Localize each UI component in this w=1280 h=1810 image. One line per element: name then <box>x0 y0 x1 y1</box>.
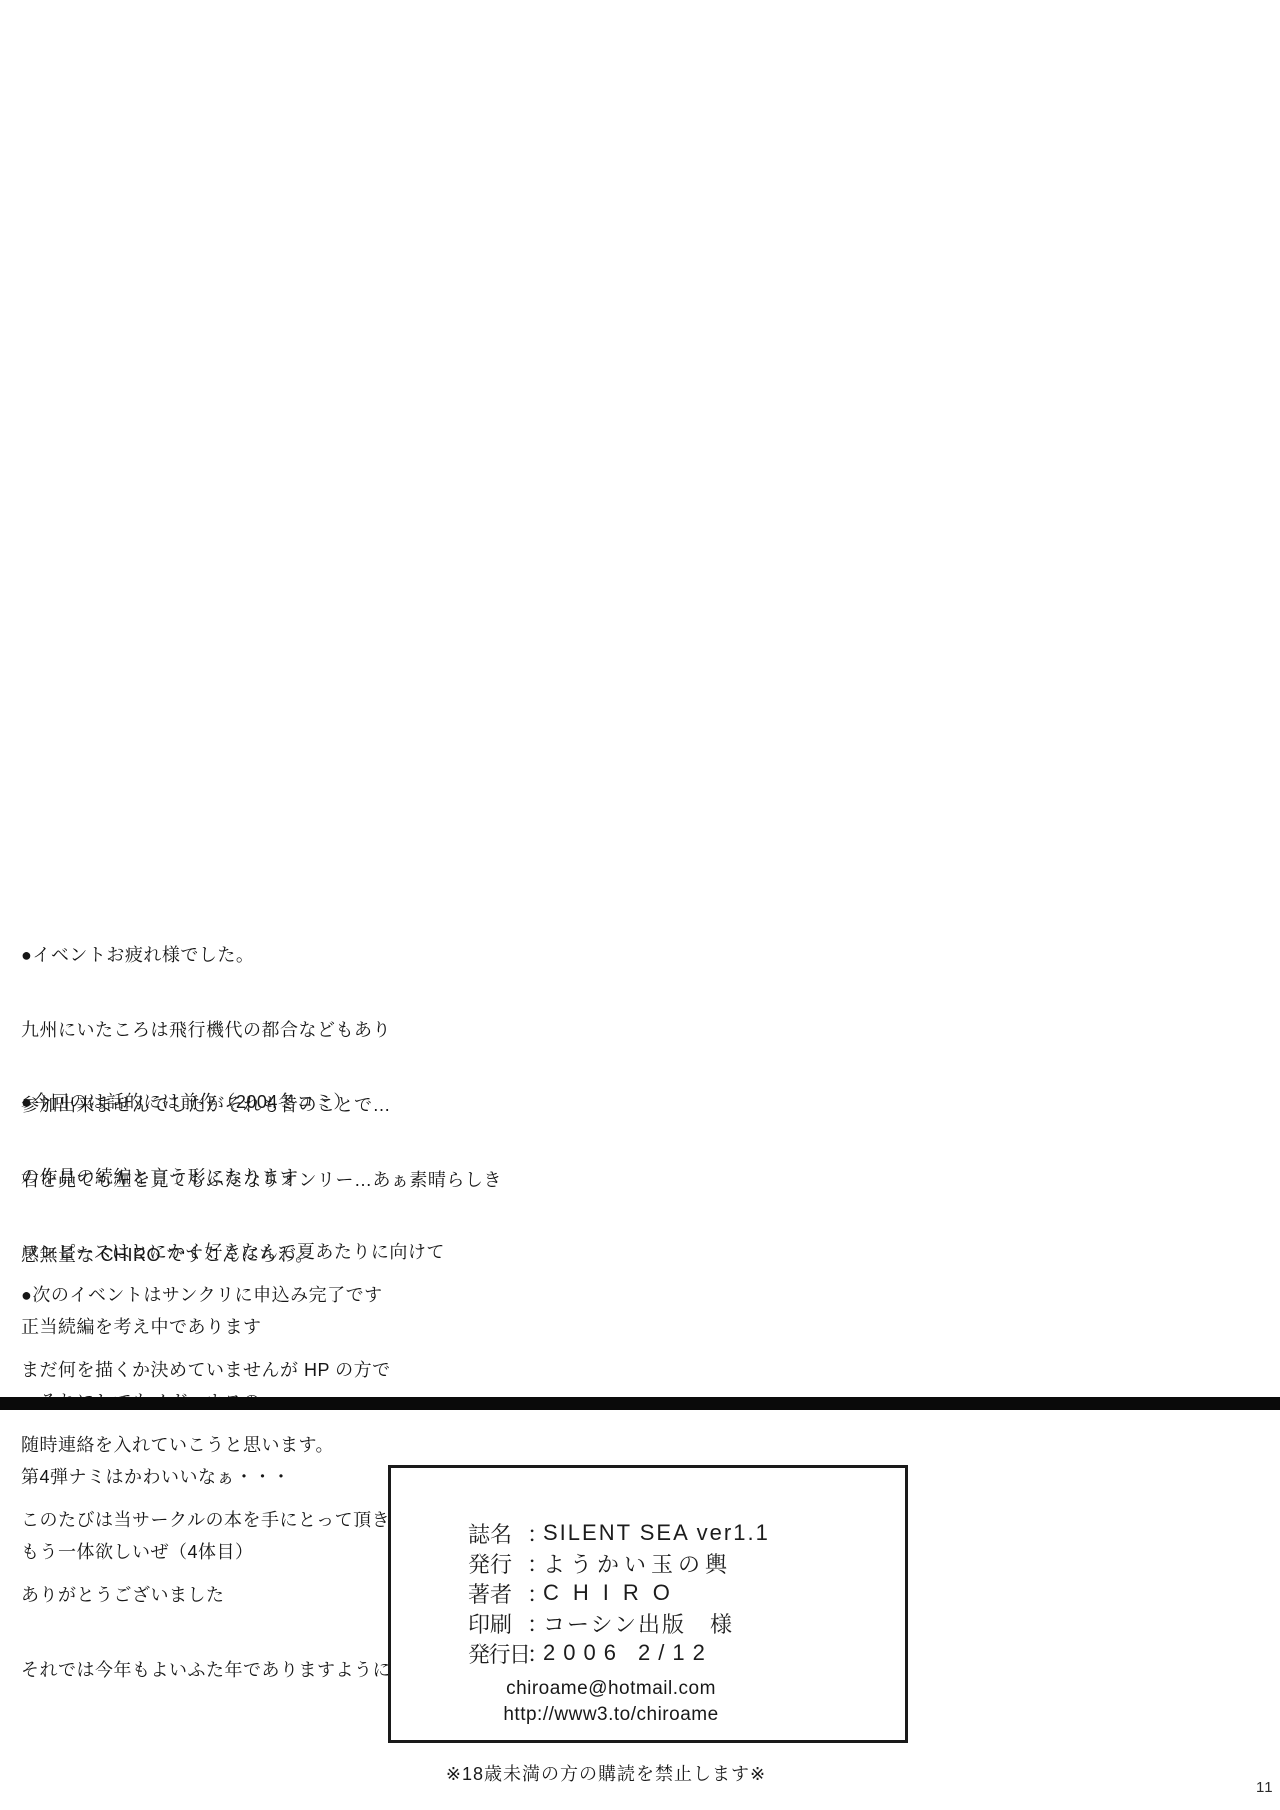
afterword-line: ●今回のは話的には前作（2004冬コミ） <box>21 1090 445 1115</box>
colophon-label: 発行日 <box>468 1638 527 1669</box>
colophon-label: 著者 <box>468 1578 527 1609</box>
colophon-row-date: 発行日 ： 2006 2/12 <box>391 1638 905 1668</box>
colophon-colon: ： <box>527 1578 543 1609</box>
contact-block: chiroame@hotmail.com http://www3.to/chir… <box>391 1676 831 1728</box>
colophon-label: 印刷 <box>468 1608 527 1639</box>
afterword-line: まだ何を描くか決めていませんが HP の方で <box>21 1358 391 1383</box>
colophon-value-date: 2006 2/12 <box>543 1640 713 1666</box>
colophon-colon: ： <box>527 1518 543 1549</box>
colophon-colon: ： <box>527 1608 543 1639</box>
scanned-doujinshi-page: ●イベントお疲れ様でした。 九州にいたころは飛行機代の都合などもあり 参加出来ま… <box>0 0 1280 1810</box>
colophon-row-publisher: 発行 ： ようかい玉の輿 <box>391 1548 905 1578</box>
colophon-label: 誌名 <box>468 1518 527 1549</box>
colophon-content: 誌名 ： SILENT SEA ver1.1 発行 ： ようかい玉の輿 著者 ：… <box>391 1468 905 1728</box>
colophon-value-author: CHIRO <box>543 1580 684 1606</box>
colophon-colon: ： <box>527 1638 543 1669</box>
afterword-line: 随時連絡を入れていこうと思います。 <box>21 1433 391 1458</box>
contact-email: chiroame@hotmail.com <box>391 1676 831 1702</box>
colophon-value-printer: コーシン出版 様 <box>543 1608 734 1639</box>
afterword-line: ありがとうございました <box>21 1583 391 1608</box>
colophon-colon: ： <box>527 1548 543 1579</box>
afterword-line: このたびは当サークルの本を手にとって頂き <box>21 1508 391 1533</box>
colophon-label: 発行 <box>468 1548 527 1579</box>
section-divider-bar <box>0 1397 1280 1410</box>
afterword-line: の作品の続編と言う形になります <box>21 1165 445 1190</box>
contact-url: http://www3.to/chiroame <box>391 1702 831 1728</box>
colophon-value-title: SILENT SEA ver1.1 <box>543 1520 770 1546</box>
colophon-row-title: 誌名 ： SILENT SEA ver1.1 <box>391 1518 905 1548</box>
afterword-block-3: ●次のイベントはサンクリに申込み完了です まだ何を描くか決めていませんが HP … <box>21 1233 391 1733</box>
afterword-line: ●イベントお疲れ様でした。 <box>21 943 502 968</box>
page-number: 11 <box>1256 1779 1274 1796</box>
colophon-row-printer: 印刷 ： コーシン出版 様 <box>391 1608 905 1638</box>
afterword-line: それでは今年もよいふた年でありますように <box>21 1658 391 1683</box>
age-disclaimer: ※18歳未満の方の購読を禁止します※ <box>0 1760 1212 1786</box>
colophon-box: 誌名 ： SILENT SEA ver1.1 発行 ： ようかい玉の輿 著者 ：… <box>388 1465 908 1743</box>
colophon-value-publisher: ようかい玉の輿 <box>543 1548 732 1579</box>
afterword-line: ●次のイベントはサンクリに申込み完了です <box>21 1283 391 1308</box>
colophon-row-author: 著者 ： CHIRO <box>391 1578 905 1608</box>
